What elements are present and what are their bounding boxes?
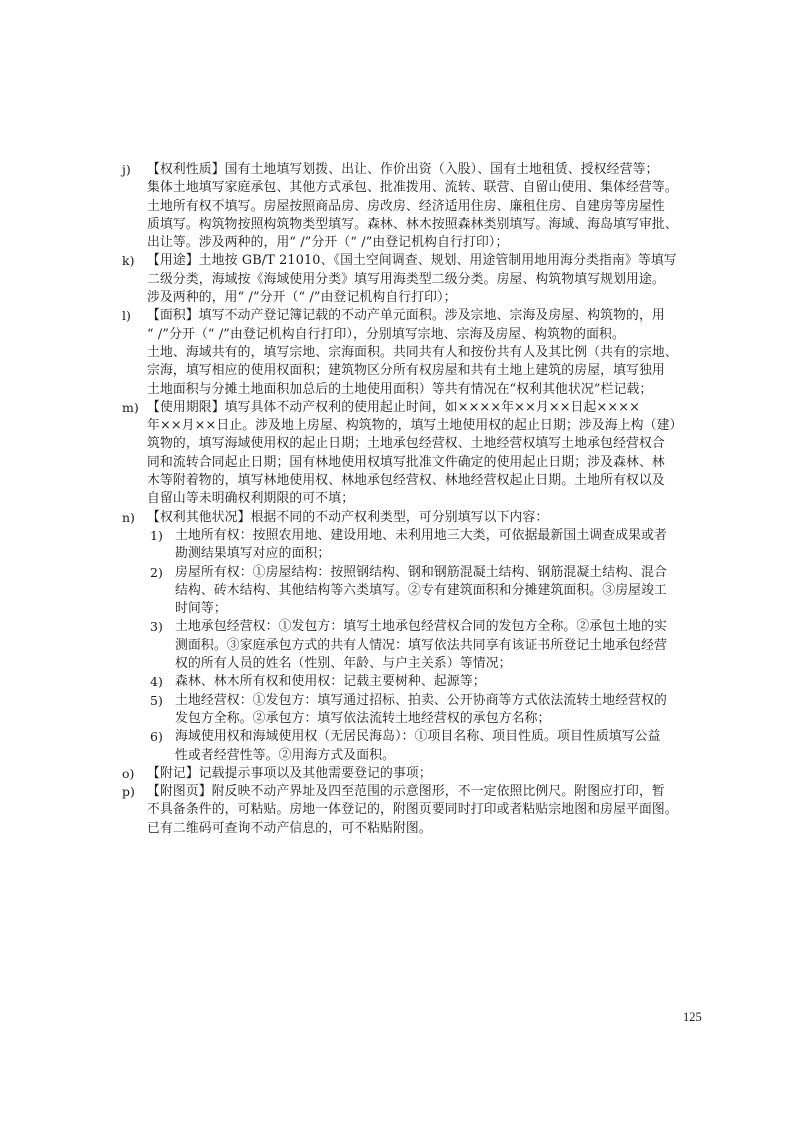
item-label: m)	[122, 399, 139, 417]
item-label: l)	[122, 307, 131, 325]
document-page: j) 【权利性质】国有土地填写划拨、出让、作价出资（入股）、国有土地租赁、授权经…	[0, 0, 794, 1122]
sub-item-6: 6) 海域使用权和海域使用权（无居民海岛）：①项目名称、项目性质。项目性质填写公…	[147, 728, 722, 765]
sub-item-label: 4)	[150, 673, 163, 691]
text-line: 土地所有权：按照农用地、建设用地、未利用地三大类，可依据最新国土调查成果或者	[175, 527, 722, 545]
text-line: 土地面积与分摊土地面积加总后的土地使用面积）等共有情况在“权利其他状况”栏记载；	[147, 381, 722, 399]
text-line: 【权利性质】国有土地填写划拨、出让、作价出资（入股）、国有土地租赁、授权经营等；	[147, 161, 722, 179]
item-label: j)	[122, 161, 131, 179]
list-item-l: l) 【面积】填写不动产登记簿记载的不动产单元面积。涉及宗地、宗海及房屋、构筑物…	[122, 307, 722, 398]
sub-item-2: 2) 房屋所有权：①房屋结构：按照钢结构、钢和钢筋混凝土结构、钢筋混凝土结构、混…	[147, 564, 722, 619]
text-line: 质填写。构筑物按照构筑物类型填写。森林、林木按照森林类别填写。海域、海岛填写审批…	[147, 216, 722, 234]
text-line: 性或者经营性等。②用海方式及面积。	[175, 747, 722, 765]
list-item-j: j) 【权利性质】国有土地填写划拨、出让、作价出资（入股）、国有土地租赁、授权经…	[122, 161, 722, 252]
item-label: k)	[122, 252, 134, 270]
text-line: 测面积。③家庭承包方式的共有人情况：填写依法共同享有该证书所登记土地承包经营	[175, 637, 722, 655]
text-line: 结构、砖木结构、其他结构等六类填写。②专有建筑面积和分摊建筑面积。③房屋竣工	[175, 582, 722, 600]
text-line: 宗海，填写相应的使用权面积；建筑物区分所有权房屋和共有土地上建筑的房屋，填写独用	[147, 362, 722, 380]
list-item-n: n) 【权利其他状况】根据不同的不动产权利类型，可分别填写以下内容： 1) 土地…	[122, 509, 722, 765]
text-line: 集体土地填写家庭承包、其他方式承包、批准拨用、流转、联营、自留山使用、集体经营等…	[147, 179, 722, 197]
sub-item-3: 3) 土地承包经营权：①发包方：填写土地承包经营权合同的发包方全称。②承包土地的…	[147, 618, 722, 673]
text-line: “ /”分开（“ /”由登记机构自行打印），分别填写宗地、宗海及房屋、构筑物的面…	[147, 326, 722, 344]
text-line: 【面积】填写不动产登记簿记载的不动产单元面积。涉及宗地、宗海及房屋、构筑物的，用	[147, 307, 722, 325]
text-line: 涉及两种的，用“ /”分开（“ /”由登记机构自行打印）；	[147, 289, 722, 307]
text-line: 二级分类，海域按《海域使用分类》填写用海类型二级分类。房屋、构筑物填写规划用途。	[147, 271, 722, 289]
sub-item-label: 5)	[150, 692, 163, 710]
text-line: 出让等。涉及两种的，用“ /”分开（“ /”由登记机构自行打印）；	[147, 234, 722, 252]
item-label: p)	[122, 783, 135, 801]
text-line: 发包方全称。②承包方：填写依法流转土地经营权的承包方名称；	[175, 710, 722, 728]
text-line: 【用途】土地按 GB/T 21010、《国土空间调查、规划、用途管制用地用海分类…	[147, 252, 722, 270]
list-item-o: o) 【附记】记载提示事项以及其他需要登记的事项；	[122, 765, 722, 783]
sub-item-label: 2)	[150, 564, 163, 582]
text-line: 土地、海域共有的，填写宗地、宗海面积。共同共有人和按份共有人及其比例（共有的宗地…	[147, 344, 722, 362]
list-item-p: p) 【附图页】附反映不动产界址及四至范围的示意图形，不一定依照比例尺。附图应打…	[122, 783, 722, 838]
text-line: 年××月××日止。涉及地上房屋、构筑物的，填写土地使用权的起止日期；涉及海上构（…	[147, 417, 722, 435]
text-line: 土地经营权：①发包方：填写通过招标、拍卖、公开协商等方式依法流转土地经营权的	[175, 692, 722, 710]
text-line: 木等附着物的，填写林地使用权、林地承包经营权、林地经营权起止日期。土地所有权以及	[147, 472, 722, 490]
page-number: 125	[683, 1010, 702, 1025]
text-line: 同和流转合同起止日期；国有林地使用权填写批准文件确定的使用起止日期；涉及森林、林	[147, 454, 722, 472]
text-line: 【使用期限】填写具体不动产权利的使用起止时间，如××××年××月××日起××××	[147, 399, 722, 417]
text-line: 时间等；	[175, 600, 722, 618]
text-line: 不具备条件的，可粘贴。房地一体登记的，附图页要同时打印或者粘贴宗地图和房屋平面图…	[147, 801, 722, 819]
text-line: 【附记】记载提示事项以及其他需要登记的事项；	[147, 765, 722, 783]
sub-item-label: 3)	[150, 618, 163, 636]
sub-item-4: 4) 森林、林木所有权和使用权：记载主要树种、起源等；	[147, 673, 722, 691]
sub-item-5: 5) 土地经营权：①发包方：填写通过招标、拍卖、公开协商等方式依法流转土地经营权…	[147, 692, 722, 729]
list-item-m: m) 【使用期限】填写具体不动产权利的使用起止时间，如××××年××月××日起×…	[122, 399, 722, 509]
item-label: o)	[122, 765, 134, 783]
text-line: 森林、林木所有权和使用权：记载主要树种、起源等；	[175, 673, 722, 691]
sub-item-label: 1)	[150, 527, 163, 545]
text-line: 权的所有人员的姓名（性别、年龄、与户主关系）等情况；	[175, 655, 722, 673]
list-item-k: k) 【用途】土地按 GB/T 21010、《国土空间调查、规划、用途管制用地用…	[122, 252, 722, 307]
text-line: 房屋所有权：①房屋结构：按照钢结构、钢和钢筋混凝土结构、钢筋混凝土结构、混合	[175, 564, 722, 582]
text-line: 海域使用权和海域使用权（无居民海岛）：①项目名称、项目性质。项目性质填写公益	[175, 728, 722, 746]
sub-item-label: 6)	[150, 728, 163, 746]
text-line: 自留山等未明确权利期限的可不填；	[147, 490, 722, 508]
instruction-list: j) 【权利性质】国有土地填写划拨、出让、作价出资（入股）、国有土地租赁、授权经…	[122, 161, 722, 838]
text-line: 勘测结果填写对应的面积；	[175, 545, 722, 563]
text-line: 土地承包经营权：①发包方：填写土地承包经营权合同的发包方全称。②承包土地的实	[175, 618, 722, 636]
item-label: n)	[122, 509, 135, 527]
text-line: 土地所有权不填写。房屋按照商品房、房改房、经济适用住房、廉租住房、自建房等房屋性	[147, 198, 722, 216]
text-line: 已有二维码可查询不动产信息的，可不粘贴附图。	[147, 820, 722, 838]
text-line: 筑物的，填写海域使用权的起止日期；土地承包经营权、土地经营权填写土地承包经营权合	[147, 435, 722, 453]
text-line: 【附图页】附反映不动产界址及四至范围的示意图形，不一定依照比例尺。附图应打印，暂	[147, 783, 722, 801]
sub-item-1: 1) 土地所有权：按照农用地、建设用地、未利用地三大类，可依据最新国土调查成果或…	[147, 527, 722, 564]
text-line: 【权利其他状况】根据不同的不动产权利类型，可分别填写以下内容：	[147, 509, 722, 527]
